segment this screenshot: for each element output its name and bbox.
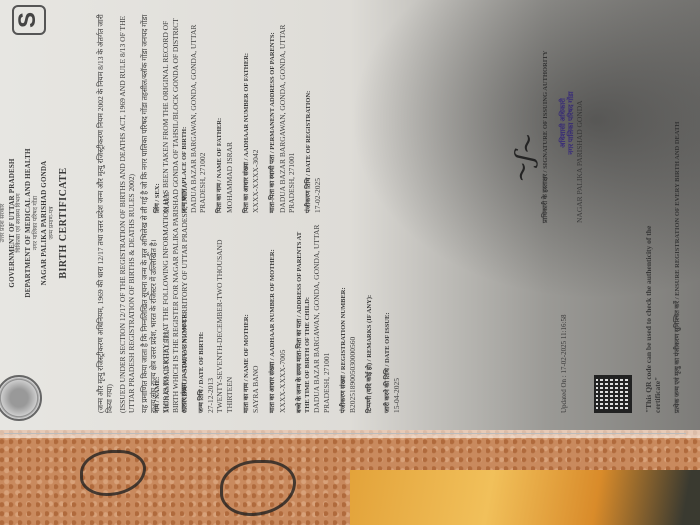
certificate-field: जन्म स्थान / PLACE OF BIRTH:DADUA BAZAR … <box>181 23 208 213</box>
field-label: माता का नाम / NAME OF MOTHER: <box>243 223 251 413</box>
intro-hindi-1: (जन्म और मृत्यु रजिस्ट्रीकरण अधिनियम, 19… <box>96 13 115 413</box>
certificate-field: पिता का आधार संख्या / AADHAAR NUMBER OF … <box>243 23 261 213</box>
certificate-field: माता-पिता का स्थायी पता / PERMANENT ADDR… <box>269 23 296 213</box>
department-name: DEPARTMENT OF MEDICAL AND HEALTH <box>24 103 33 343</box>
field-label: लिंग / SEX: <box>154 23 162 213</box>
right-fields: लिंग / SEX:MALEजन्म स्थान / PLACE OF BIR… <box>154 23 332 213</box>
field-value: DADUA BAZAR BARGAWAN, GONDA, GONDA, UTTA… <box>312 223 331 413</box>
field-label: पिता का आधार संख्या / AADHAAR NUMBER OF … <box>243 23 251 213</box>
hand-shadow <box>350 0 700 300</box>
flower-pattern <box>80 450 146 496</box>
updated-on: Updated On : 17-02-2025 11:16:58 <box>560 314 569 413</box>
yellow-bag <box>350 470 700 525</box>
state-emblem-icon <box>0 375 42 421</box>
certificate-title: BIRTH CERTIFICATE <box>58 103 71 343</box>
field-label: जन्म तिथि / DATE OF BIRTH: <box>198 223 206 413</box>
field-value: DADUA BAZAR BARGAWAN, GONDA, GONDA, UTTA… <box>278 23 297 213</box>
qr-code[interactable] <box>594 375 632 413</box>
field-label: बच्चे के जन्म के समय माता-पिता का पता / … <box>296 223 312 413</box>
field-value: MOHAMMAD KHALEEL <box>162 223 171 413</box>
certificate-header: उत्तर प्रदेश सरकार GOVERNMENT OF UTTAR P… <box>0 103 71 343</box>
issuing-body: NAGAR PALIKA PARISHAD GONDA <box>40 103 49 343</box>
state-hindi: उत्तर प्रदेश सरकार <box>0 103 8 343</box>
government-name: GOVERNMENT OF UTTAR PRADESH <box>8 103 17 343</box>
field-value: XXXX-XXXX-7005 <box>278 223 287 413</box>
field-value: MALE <box>162 23 171 213</box>
issuing-body-hindi: नगर पालिका परिषद गोंडा <box>33 103 41 343</box>
certificate-field: पिता का नाम / NAME OF FATHER:MOHAMMAD IS… <box>216 23 234 213</box>
field-label: पिता का नाम / NAME OF FATHER: <box>216 23 224 213</box>
field-value: SAYRA BANO <box>251 223 260 413</box>
field-label: आधार संख्या / AADHAAR NUMBER: <box>181 223 189 413</box>
certificate-field: माता का आधार संख्या / AADHAAR NUMBER OF … <box>269 223 287 413</box>
certificate-field: जन्म तिथि / DATE OF BIRTH:27-12-2013 TWE… <box>198 223 234 413</box>
field-value: 27-12-2013 TWENTY-SEVENTH-DECEMBER-TWO T… <box>206 223 234 413</box>
certificate-field: लिंग / SEX:MALE <box>154 23 172 213</box>
certificate-field: पंजीकरण तिथि / DATE OF REGISTRATION:17-0… <box>305 23 323 213</box>
field-label: माता-पिता का स्थायी पता / PERMANENT ADDR… <box>269 23 277 213</box>
field-label: नाम / NAME: <box>154 223 162 413</box>
field-label: माता का आधार संख्या / AADHAAR NUMBER OF … <box>269 223 277 413</box>
field-label: पंजीकरण तिथि / DATE OF REGISTRATION: <box>305 23 313 213</box>
title-hindi: जन्म प्रमाण-पत्र <box>49 103 57 343</box>
field-label: जन्म स्थान / PLACE OF BIRTH: <box>181 23 189 213</box>
field-value: 17-02-2025 <box>313 23 322 213</box>
department-hindi: चिकित्सा एवं स्वास्थ्य विभाग <box>16 103 24 343</box>
issued-under-text: (ISSUED UNDER SECTION 12/17 OF THE REGIS… <box>118 13 137 413</box>
field-value: XXXX-XXXX-3042 <box>251 23 260 213</box>
certificate-field: बच्चे के जन्म के समय माता-पिता का पता / … <box>296 223 331 413</box>
field-value: DADUA BAZAR BARGAWAN, GONDA, GONDA, UTTA… <box>189 23 208 213</box>
crs-logo-icon: S <box>12 5 46 35</box>
certificate-field: नाम / NAME:MOHAMMAD KHALEEL <box>154 223 172 413</box>
flower-pattern <box>220 460 296 516</box>
certificate-field: आधार संख्या / AADHAAR NUMBER: <box>181 223 189 413</box>
certificate-field: माता का नाम / NAME OF MOTHER:SAYRA BANO <box>243 223 261 413</box>
field-label: पंजीकरण संख्या / REGISTRATION NUMBER: <box>340 223 348 413</box>
field-value: MOHAMMAD ISRAR <box>225 23 234 213</box>
